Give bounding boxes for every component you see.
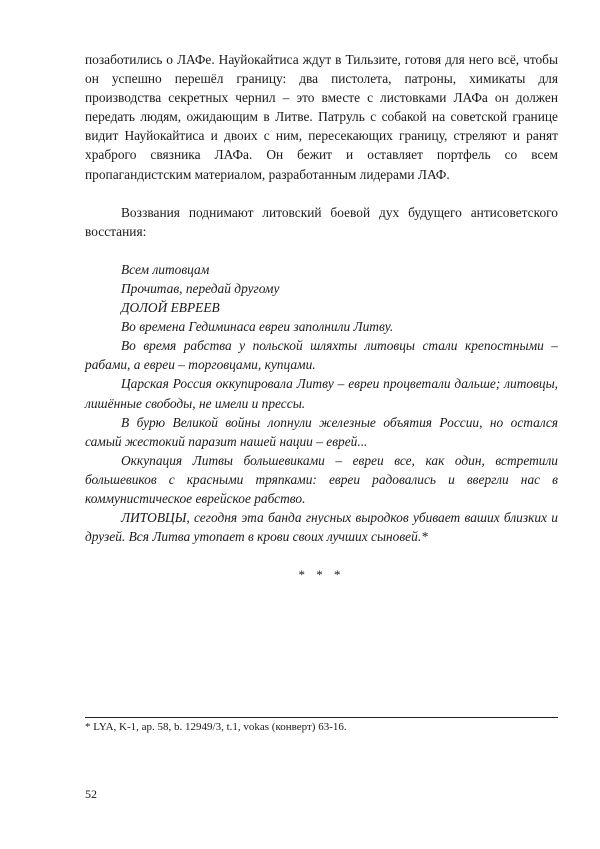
footnote: * LYA, K-1, ap. 58, b. 12949/3, t.1, vok… <box>85 720 558 734</box>
paragraph-gap <box>85 184 558 203</box>
footnote-divider <box>85 717 558 718</box>
quote-line: Во времена Гедиминаса евреи заполнили Ли… <box>85 317 558 336</box>
quoted-leaflet: Всем литовцам Прочитав, передай другому … <box>85 260 558 546</box>
page-number: 52 <box>85 787 97 802</box>
body-paragraph: Воззвания поднимают литовский боевой дух… <box>85 203 558 241</box>
quote-paragraph: Оккупация Литвы большевиками – евреи все… <box>85 451 558 508</box>
section-break: * * * <box>85 565 558 584</box>
body-paragraph: позаботились о ЛАФе. Науйокайтиса ждут в… <box>85 50 558 184</box>
quote-paragraph: ЛИТОВЦЫ, сегодня эта банда гнусных вырод… <box>85 508 558 546</box>
quote-paragraph: В бурю Великой войны лопнули железные об… <box>85 413 558 451</box>
quote-paragraph: Во время рабства у польской шляхты литов… <box>85 336 558 374</box>
page-body: позаботились о ЛАФе. Науйокайтиса ждут в… <box>85 50 558 584</box>
quote-line: Всем литовцам <box>85 260 558 279</box>
quote-line: ДОЛОЙ ЕВРЕЕВ <box>85 298 558 317</box>
quote-paragraph: Царская Россия оккупировала Литву – евре… <box>85 374 558 412</box>
quote-line: Прочитав, передай другому <box>85 279 558 298</box>
